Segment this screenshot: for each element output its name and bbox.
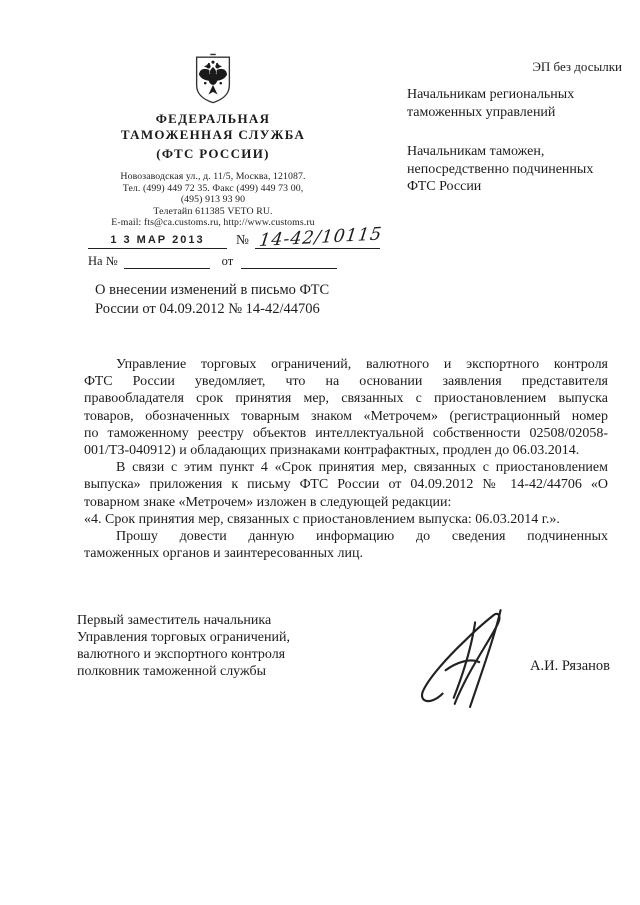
handwritten-signature-icon: [412, 606, 524, 708]
reference-block: 1 3 МАР 2013 № 14-42/10115 На № от: [88, 226, 380, 269]
reply-date-label: от: [222, 254, 234, 269]
outgoing-number-field: 14-42/10115: [255, 226, 380, 249]
addressee1-line1: Начальникам региональных: [407, 86, 617, 104]
subject-block: О внесении изменений в письмо ФТС России…: [95, 281, 395, 319]
body-line: 001/ТЗ-040912) и обладающих признаками к…: [84, 442, 608, 459]
addressee-block: Начальникам региональных таможенных упра…: [407, 86, 617, 196]
reply-number-blank: [124, 252, 210, 269]
addressee2-line3: ФТС России: [407, 178, 617, 196]
delivery-mark: ЭП без досылки: [500, 59, 622, 75]
org-name-line2: ТАМОЖЕННАЯ СЛУЖБА: [58, 127, 368, 143]
body-line: ФТС России уведомляет, что на основании …: [84, 373, 608, 390]
signer-title-line2: Управления торговых ограничений,: [77, 630, 377, 647]
contact-phone-fax: Тел. (499) 449 72 35. Факс (499) 449 73 …: [58, 183, 368, 195]
subject-line2: России от 04.09.2012 № 14-42/44706: [95, 300, 395, 319]
letter-body: Управление торговых ограничений, валютно…: [84, 356, 608, 562]
body-line: таможенных органов и заинтересованных ли…: [84, 545, 608, 562]
subject-line1: О внесении изменений в письмо ФТС: [95, 281, 395, 300]
signer-title-line4: полковник таможенной службы: [77, 664, 377, 681]
body-line: Прошу довести данную информацию до сведе…: [84, 528, 608, 545]
signer-title-line3: валютного и экспортного контроля: [77, 647, 377, 664]
body-line: правообладателя срок принятия мер, связа…: [84, 390, 608, 407]
contact-teletype: Телетайп 611385 VETO RU.: [58, 206, 368, 218]
body-line: товаров, обозначенных товарным знаком «М…: [84, 408, 608, 425]
date-stamp: 1 3 МАР 2013: [88, 226, 227, 249]
document-page: ЭП без досылки Начальникам региональных …: [0, 0, 640, 905]
handwritten-number: 14-42/10115: [258, 224, 383, 251]
number-label: №: [236, 232, 249, 248]
body-line: товарном знаке «Метрочем» изложен в след…: [84, 494, 608, 511]
org-name-short: (ФТС РОССИИ): [58, 146, 368, 162]
contacts-block: Новозаводская ул., д. 11/5, Москва, 1210…: [58, 171, 368, 229]
coat-of-arms-icon: [193, 52, 233, 106]
reply-date-blank: [241, 252, 337, 269]
org-name-line1: ФЕДЕРАЛЬНАЯ: [58, 111, 368, 127]
body-line: Управление торговых ограничений, валютно…: [84, 356, 608, 373]
body-line: «4. Срок принятия мер, связанных с приос…: [84, 511, 608, 528]
signer-title-block: Первый заместитель начальника Управления…: [77, 613, 377, 681]
reply-to-label: На №: [88, 254, 118, 269]
addressee2-line2: непосредственно подчиненных: [407, 161, 617, 179]
addressee1-line2: таможенных управлений: [407, 104, 617, 122]
body-line: выпуска» приложения к письму ФТС России …: [84, 476, 608, 493]
signer-name: А.И. Рязанов: [530, 658, 610, 675]
signer-title-line1: Первый заместитель начальника: [77, 613, 377, 630]
body-line: по таможенному реестру объектов интеллек…: [84, 425, 608, 442]
contact-address: Новозаводская ул., д. 11/5, Москва, 1210…: [58, 171, 368, 183]
addressee2-line1: Начальникам таможен,: [407, 143, 617, 161]
contact-phone2: (495) 913 93 90: [58, 194, 368, 206]
letterhead: ФЕДЕРАЛЬНАЯ ТАМОЖЕННАЯ СЛУЖБА (ФТС РОССИ…: [58, 52, 368, 229]
body-line: В связи с этим пункт 4 «Срок принятия ме…: [84, 459, 608, 476]
